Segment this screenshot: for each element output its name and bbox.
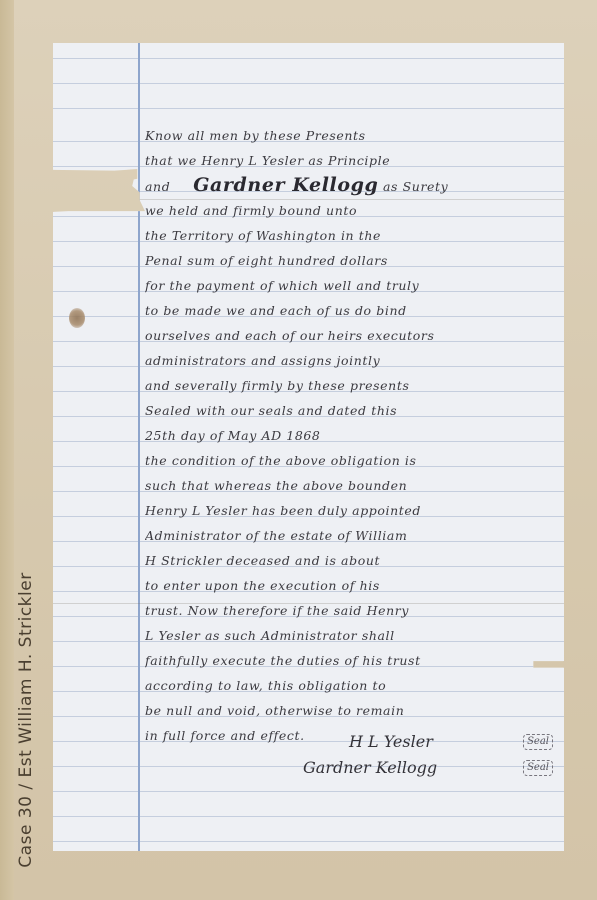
signature-surety: Gardner Kellogg Seal — [303, 755, 553, 781]
text-line: the Territory of Washington in the — [145, 223, 553, 248]
text-line: such that whereas the above bounden — [145, 473, 553, 498]
text-line: Administrator of the estate of William — [145, 523, 553, 548]
seal-mark: Seal — [523, 734, 553, 750]
signature-principal: H L Yesler Seal — [349, 729, 553, 755]
text-line: faithfully execute the duties of his tru… — [145, 648, 553, 673]
text-line: and severally firmly by these presents — [145, 373, 553, 398]
text-line: Henry L Yesler has been duly appointed — [145, 498, 553, 523]
text-line: Know all men by these Presents — [145, 123, 553, 148]
bond-text: Know all men by these Presents that we H… — [145, 123, 553, 748]
ink-stain — [69, 308, 85, 328]
signature-name: H L Yesler — [349, 732, 433, 751]
seal-mark: Seal — [523, 760, 553, 776]
text-line: the condition of the above obligation is — [145, 448, 553, 473]
text-line: be null and void, otherwise to remain — [145, 698, 553, 723]
text-line: that we Henry L Yesler as Principle — [145, 148, 553, 173]
text-line-surety: and Gardner Kellogg as Surety — [145, 173, 553, 198]
text-line: Sealed with our seals and dated this — [145, 398, 553, 423]
folder-tab-label: Case 30 / Est William H. Strickler — [4, 540, 48, 900]
surety-name: Gardner Kellogg — [193, 174, 378, 196]
surety-suffix: as Surety — [383, 179, 448, 194]
signature-name: Gardner Kellogg — [303, 758, 437, 777]
text-line: trust. Now therefore if the said Henry — [145, 598, 553, 623]
text-line: L Yesler as such Administrator shall — [145, 623, 553, 648]
text-line: for the payment of which well and truly — [145, 273, 553, 298]
case-label-text: Case 30 / Est William H. Strickler — [16, 572, 36, 867]
text-line: Penal sum of eight hundred dollars — [145, 248, 553, 273]
text-line: we held and firmly bound unto — [145, 198, 553, 223]
signature-block: H L Yesler Seal Gardner Kellogg Seal — [303, 729, 553, 781]
text-line: H Strickler deceased and is about — [145, 548, 553, 573]
text-line: administrators and assigns jointly — [145, 348, 553, 373]
text-line: ourselves and each of our heirs executor… — [145, 323, 553, 348]
document-page: Know all men by these Presents that we H… — [53, 43, 564, 851]
text-line: to be made we and each of us do bind — [145, 298, 553, 323]
text-line: according to law, this obligation to — [145, 673, 553, 698]
text-fragment: and — [145, 179, 170, 194]
date-line: 25th day of May AD 1868 — [145, 423, 553, 448]
text-line: to enter upon the execution of his — [145, 573, 553, 598]
